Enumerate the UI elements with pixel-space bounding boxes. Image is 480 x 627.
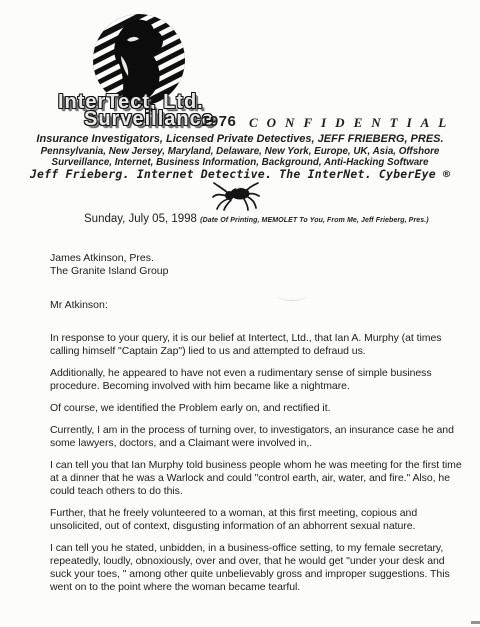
letter-paragraph: Currently, I am in the process of turnin… [50, 424, 464, 450]
tagline-brands: Jeff Frieberg. Internet Detective. The I… [0, 167, 480, 181]
spider-icon [212, 181, 260, 211]
established-year: 1976 [201, 113, 236, 130]
scan-artifact [471, 621, 480, 624]
salutation: Mr Atkinson: [50, 299, 108, 311]
scanned-letter-page: InterTect, Ltd. Surveillance 1976 CONFID… [0, 0, 480, 627]
scan-artifact [278, 292, 306, 301]
print-date: Sunday, July 05, 1998 [84, 213, 200, 225]
tagline-services: Insurance Investigators, Licensed Privat… [0, 133, 480, 145]
letter-paragraph: In response to your query, it is our bel… [50, 332, 464, 358]
recipient-block: James Atkinson, Pres. The Granite Island… [50, 252, 168, 278]
date-line: Sunday, July 05, 1998 (Date Of Printing,… [84, 213, 429, 225]
letter-paragraph: Of course, we identified the Problem ear… [50, 402, 464, 415]
letter-body: In response to your query, it is our bel… [50, 332, 464, 603]
letter-paragraph: I can tell you he stated, unbidden, in a… [50, 542, 464, 594]
printing-note: (Date Of Printing, MEMOLET To You, From … [200, 217, 429, 224]
letter-paragraph: I can tell you that Ian Murphy told busi… [50, 459, 464, 498]
confidential-stamp: CONFIDENTIAL [249, 115, 455, 131]
letter-paragraph: Additionally, he appeared to have not ev… [50, 367, 464, 393]
recipient-name: James Atkinson, Pres. [50, 252, 168, 265]
division-logotype: Surveillance [84, 108, 214, 131]
letter-paragraph: Further, that he freely volunteered to a… [50, 507, 464, 533]
tagline-regions: Pennsylvania, New Jersey, Maryland, Dela… [0, 146, 480, 157]
recipient-company: The Granite Island Group [50, 265, 168, 278]
